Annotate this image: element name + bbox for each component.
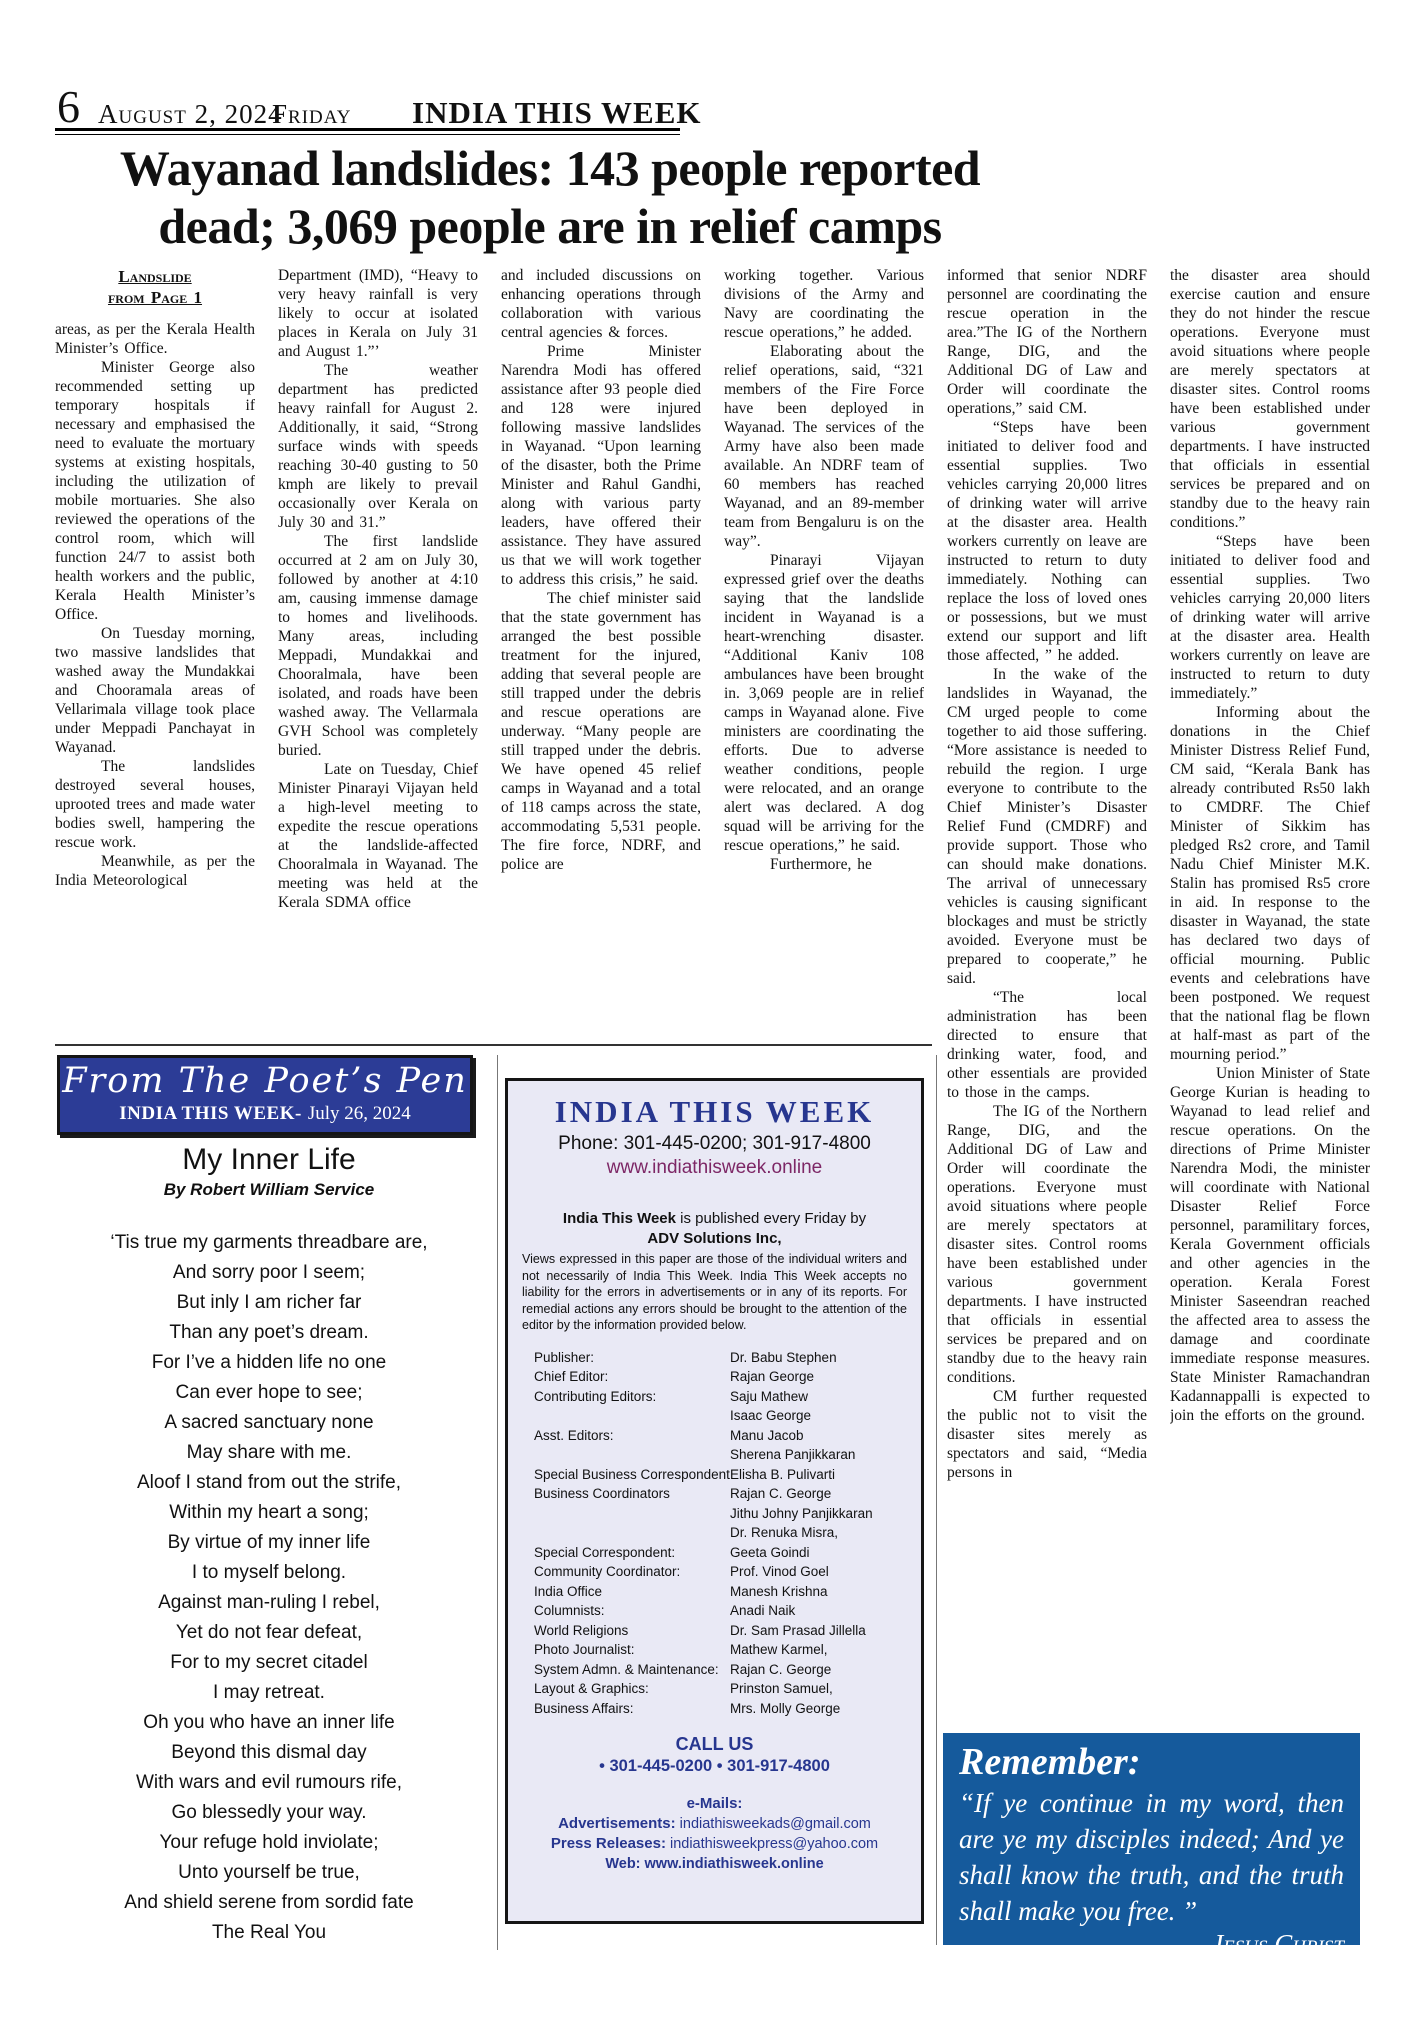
poem-line: Beyond this dismal day: [55, 1738, 483, 1768]
staff-role: Business Affairs:: [534, 1699, 730, 1719]
poem-byline: By Robert William Service: [55, 1180, 483, 1200]
article-paragraph: Pinarayi Vijayan expressed grief over th…: [724, 551, 924, 855]
info-box-website: www.indiathisweek.online: [508, 1157, 921, 1179]
staff-row: Layout & Graphics:Prinston Samuel,: [534, 1679, 921, 1699]
staff-role: [534, 1406, 730, 1426]
staff-role: Asst. Editors:: [534, 1426, 730, 1446]
staff-name: Rajan C. George: [730, 1660, 831, 1680]
staff-name: Dr. Sam Prasad Jillella: [730, 1621, 866, 1641]
staff-role: Special Correspondent:: [534, 1543, 730, 1563]
staff-row: Community Coordinator:Prof. Vinod Goel: [534, 1562, 921, 1582]
article-paragraph: On Tuesday morning, two massive landslid…: [55, 624, 255, 757]
article-column-5-text: informed that senior NDRF personnel are …: [947, 266, 1147, 1482]
remember-quote: “If ye continue in my word, then are ye …: [959, 1785, 1344, 1929]
poem-line: For I’ve a hidden life no one: [55, 1348, 483, 1378]
press-label: Press Releases:: [551, 1835, 666, 1852]
staff-role: Layout & Graphics:: [534, 1679, 730, 1699]
article-paragraph: informed that senior NDRF personnel are …: [947, 266, 1147, 418]
staff-name: Anadi Naik: [730, 1601, 795, 1621]
poem-line: Your refuge hold inviolate;: [55, 1828, 483, 1858]
staff-row: Business CoordinatorsRajan C. George: [534, 1484, 921, 1504]
ads-label: Advertisements:: [558, 1815, 676, 1832]
poets-pen-banner: From The Poet’s Pen INDIA THIS WEEK-July…: [57, 1055, 473, 1135]
headline-line-2: dead; 3,069 people are in relief camps: [158, 198, 941, 254]
poem-line: With wars and evil rumours rife,: [55, 1768, 483, 1798]
poets-pen-title: From The Poet’s Pen: [60, 1060, 470, 1102]
disclaimer: Views expressed in this paper are those …: [508, 1249, 921, 1334]
vertical-divider-left: [497, 1055, 498, 1950]
article-paragraph: Late on Tuesday, Chief Minister Pinarayi…: [278, 760, 478, 912]
staff-role: Publisher:: [534, 1348, 730, 1368]
staff-name: Isaac George: [730, 1406, 811, 1426]
page-number: 6: [57, 84, 80, 130]
poem-line: And shield serene from sordid fate: [55, 1888, 483, 1918]
poem-section: My Inner Life By Robert William Service …: [55, 1142, 483, 1948]
call-us-numbers: • 301-445-0200 • 301-917-4800: [508, 1757, 921, 1776]
poets-pen-subtitle: INDIA THIS WEEK-July 26, 2024: [60, 1102, 470, 1126]
article-paragraph: “The local administration has been direc…: [947, 988, 1147, 1102]
article-paragraph: The chief minister said that the state g…: [501, 589, 701, 874]
horizontal-divider: [55, 1044, 932, 1046]
staff-row: Columnists:Anadi Naik: [534, 1601, 921, 1621]
staff-role: [534, 1504, 730, 1524]
staff-name: Saju Mathew: [730, 1387, 808, 1407]
folio-day: Friday: [272, 99, 351, 130]
poem-line: May share with me.: [55, 1438, 483, 1468]
poem-line: Yet do not fear defeat,: [55, 1618, 483, 1648]
folio-date: August 2, 2024: [98, 99, 283, 130]
article-paragraph: In the wake of the landslides in Wayanad…: [947, 665, 1147, 988]
poets-pen-brand: INDIA THIS WEEK-: [119, 1103, 302, 1124]
article-column-1: Landslide from Page 1 areas, as per the …: [55, 266, 255, 1044]
article-paragraph: Prime Minister Narendra Modi has offered…: [501, 342, 701, 589]
article-paragraph: CM further requested the public not to v…: [947, 1387, 1147, 1482]
poem-line: And sorry poor I seem;: [55, 1258, 483, 1288]
staff-row: Special Business CorrespondentElisha B. …: [534, 1465, 921, 1485]
published-rest: is published every Friday by: [676, 1210, 866, 1227]
article-paragraph: areas, as per the Kerala Health Minister…: [55, 320, 255, 358]
press-email: indiathisweekpress@yahoo.com: [666, 1836, 878, 1852]
article-column-2-text: Department (IMD), “Heavy to very heavy r…: [278, 266, 478, 912]
ads-email: indiathisweekads@gmail.com: [676, 1816, 871, 1832]
poem-line: Go blessedly your way.: [55, 1798, 483, 1828]
article-paragraph: The IG of the Northern Range, DIG, and t…: [947, 1102, 1147, 1387]
publication-info-box: INDIA THIS WEEK Phone: 301-445-0200; 301…: [505, 1078, 924, 1924]
poem-title: My Inner Life: [55, 1142, 483, 1178]
staff-row: Asst. Editors:Manu Jacob: [534, 1426, 921, 1446]
poem-line: Can ever hope to see;: [55, 1378, 483, 1408]
staff-role: Contributing Editors:: [534, 1387, 730, 1407]
article-column-4-text: working together. Various divisions of t…: [724, 266, 924, 874]
staff-name: Rajan George: [730, 1367, 814, 1387]
staff-role: System Admn. & Maintenance:: [534, 1660, 730, 1680]
poem-line: Aloof I stand from out the strife,: [55, 1468, 483, 1498]
article-column-1-text: areas, as per the Kerala Health Minister…: [55, 320, 255, 890]
staff-role: Business Coordinators: [534, 1484, 730, 1504]
article-paragraph: Informing about the donations in the Chi…: [1170, 703, 1370, 1064]
staff-row: Dr. Renuka Misra,: [534, 1523, 921, 1543]
staff-role: India Office: [534, 1582, 730, 1602]
staff-role: Community Coordinator:: [534, 1562, 730, 1582]
article-column-4: working together. Various divisions of t…: [724, 266, 924, 1044]
ads-email-line: Advertisements: indiathisweekads@gmail.c…: [508, 1814, 921, 1834]
staff-row: Chief Editor:Rajan George: [534, 1367, 921, 1387]
masthead: INDIA THIS WEEK: [412, 95, 702, 131]
poets-pen-date: July 26, 2024: [308, 1103, 411, 1124]
info-box-phone: Phone: 301-445-0200; 301-917-4800: [508, 1133, 921, 1155]
article-paragraph: the disaster area should exercise cautio…: [1170, 266, 1370, 532]
headline-line-1: Wayanad landslides: 143 people reported: [120, 140, 980, 196]
staff-row: Sherena Panjikkaran: [534, 1445, 921, 1465]
article-paragraph: The weather department has predicted hea…: [278, 361, 478, 532]
poem-line: I may retreat.: [55, 1678, 483, 1708]
newspaper-page: 6 August 2, 2024 Friday INDIA THIS WEEK …: [0, 0, 1428, 2028]
poem-line: ‘Tis true my garments threadbare are,: [55, 1228, 483, 1258]
article-column-3: and included discussions on enhancing op…: [501, 266, 701, 1044]
folio-rule: [55, 128, 680, 135]
headline: Wayanad landslides: 143 people reportedd…: [55, 139, 1045, 255]
vertical-divider-right: [936, 1055, 937, 1945]
article-column-6: the disaster area should exercise cautio…: [1170, 266, 1370, 1718]
press-email-line: Press Releases: indiathisweekpress@yahoo…: [508, 1834, 921, 1854]
poem-line: By virtue of my inner life: [55, 1528, 483, 1558]
staff-row: Photo Journalist:Mathew Karmel,: [534, 1640, 921, 1660]
article-paragraph: Elaborating about the relief operations,…: [724, 342, 924, 551]
staff-name: Manu Jacob: [730, 1426, 804, 1446]
poem-line: The Real You: [55, 1918, 483, 1948]
staff-row: Business Affairs:Mrs. Molly George: [534, 1699, 921, 1719]
article-column-2: Department (IMD), “Heavy to very heavy r…: [278, 266, 478, 1044]
info-box-title: INDIA THIS WEEK: [508, 1095, 921, 1129]
article-column-6-text: the disaster area should exercise cautio…: [1170, 266, 1370, 1425]
article-paragraph: Minister George also recommended setting…: [55, 358, 255, 624]
staff-name: Prof. Vinod Goel: [730, 1562, 829, 1582]
remember-box: Remember: “If ye continue in my word, th…: [943, 1733, 1360, 1945]
staff-name: Dr. Renuka Misra,: [730, 1523, 838, 1543]
staff-name: Elisha B. Pulivarti: [730, 1465, 835, 1485]
remember-title: Remember:: [959, 1739, 1344, 1785]
article-paragraph: “Steps have been initiated to deliver fo…: [1170, 532, 1370, 703]
staff-name: Mrs. Molly George: [730, 1699, 840, 1719]
staff-name: Prinston Samuel,: [730, 1679, 833, 1699]
published-line: India This Week is published every Frida…: [508, 1209, 921, 1229]
call-us-title: CALL US: [508, 1734, 921, 1755]
poem-line: Unto yourself be true,: [55, 1858, 483, 1888]
staff-role: [534, 1523, 730, 1543]
staff-role: Columnists:: [534, 1601, 730, 1621]
article-paragraph: “Steps have been initiated to deliver fo…: [947, 418, 1147, 665]
staff-row: Publisher:Dr. Babu Stephen: [534, 1348, 921, 1368]
staff-name: Geeta Goindi: [730, 1543, 810, 1563]
staff-role: Special Business Correspondent: [534, 1465, 730, 1485]
article-paragraph: Meanwhile, as per the India Meteorologic…: [55, 852, 255, 890]
jump-line-1: Landslide: [118, 267, 191, 286]
article-paragraph: The first landslide occurred at 2 am on …: [278, 532, 478, 760]
article-paragraph: Furthermore, he: [724, 855, 924, 874]
poem-line: Than any poet’s dream.: [55, 1318, 483, 1348]
poem-line: Against man-ruling I rebel,: [55, 1588, 483, 1618]
staff-role: World Religions: [534, 1621, 730, 1641]
staff-row: Jithu Johny Panjikkaran: [534, 1504, 921, 1524]
call-us-block: CALL US • 301-445-0200 • 301-917-4800: [508, 1734, 921, 1776]
staff-name: Mathew Karmel,: [730, 1640, 828, 1660]
staff-row: Special Correspondent:Geeta Goindi: [534, 1543, 921, 1563]
publisher-company: ADV Solutions Inc,: [508, 1229, 921, 1249]
remember-attribution: Jesus Christ: [959, 1929, 1344, 1945]
jump-line: Landslide from Page 1: [55, 266, 255, 308]
staff-role: [534, 1445, 730, 1465]
article-paragraph: Union Minister of State George Kurian is…: [1170, 1064, 1370, 1425]
staff-list: Publisher:Dr. Babu StephenChief Editor:R…: [508, 1348, 921, 1719]
poem-line: Oh you who have an inner life: [55, 1708, 483, 1738]
staff-name: Rajan C. George: [730, 1484, 831, 1504]
staff-role: Photo Journalist:: [534, 1640, 730, 1660]
article-paragraph: working together. Various divisions of t…: [724, 266, 924, 342]
article-column-5: informed that senior NDRF personnel are …: [947, 266, 1147, 1718]
article-column-3-text: and included discussions on enhancing op…: [501, 266, 701, 874]
staff-name: Dr. Babu Stephen: [730, 1348, 837, 1368]
web-line: Web: www.indiathisweek.online: [508, 1854, 921, 1874]
staff-row: Contributing Editors:Saju Mathew: [534, 1387, 921, 1407]
poem-body: ‘Tis true my garments threadbare are,And…: [55, 1228, 483, 1948]
staff-name: Manesh Krishna: [730, 1582, 828, 1602]
article-paragraph: and included discussions on enhancing op…: [501, 266, 701, 342]
staff-role: Chief Editor:: [534, 1367, 730, 1387]
poem-line: Within my heart a song;: [55, 1498, 483, 1528]
staff-name: Sherena Panjikkaran: [730, 1445, 855, 1465]
staff-row: India OfficeManesh Krishna: [534, 1582, 921, 1602]
article-paragraph: The landslides destroyed several houses,…: [55, 757, 255, 852]
article-paragraph: Department (IMD), “Heavy to very heavy r…: [278, 266, 478, 361]
poem-line: For to my secret citadel: [55, 1648, 483, 1678]
emails-heading: e-Mails:: [508, 1794, 921, 1814]
emails-block: e-Mails: Advertisements: indiathisweekad…: [508, 1794, 921, 1874]
staff-row: System Admn. & Maintenance:Rajan C. Geor…: [534, 1660, 921, 1680]
poem-line: A sacred sanctuary none: [55, 1408, 483, 1438]
poem-line: I to myself belong.: [55, 1558, 483, 1588]
poem-line: But inly I am richer far: [55, 1288, 483, 1318]
jump-line-2: from Page 1: [108, 288, 202, 307]
staff-row: World ReligionsDr. Sam Prasad Jillella: [534, 1621, 921, 1641]
published-brand: India This Week: [563, 1210, 676, 1227]
staff-name: Jithu Johny Panjikkaran: [730, 1504, 873, 1524]
staff-row: Isaac George: [534, 1406, 921, 1426]
